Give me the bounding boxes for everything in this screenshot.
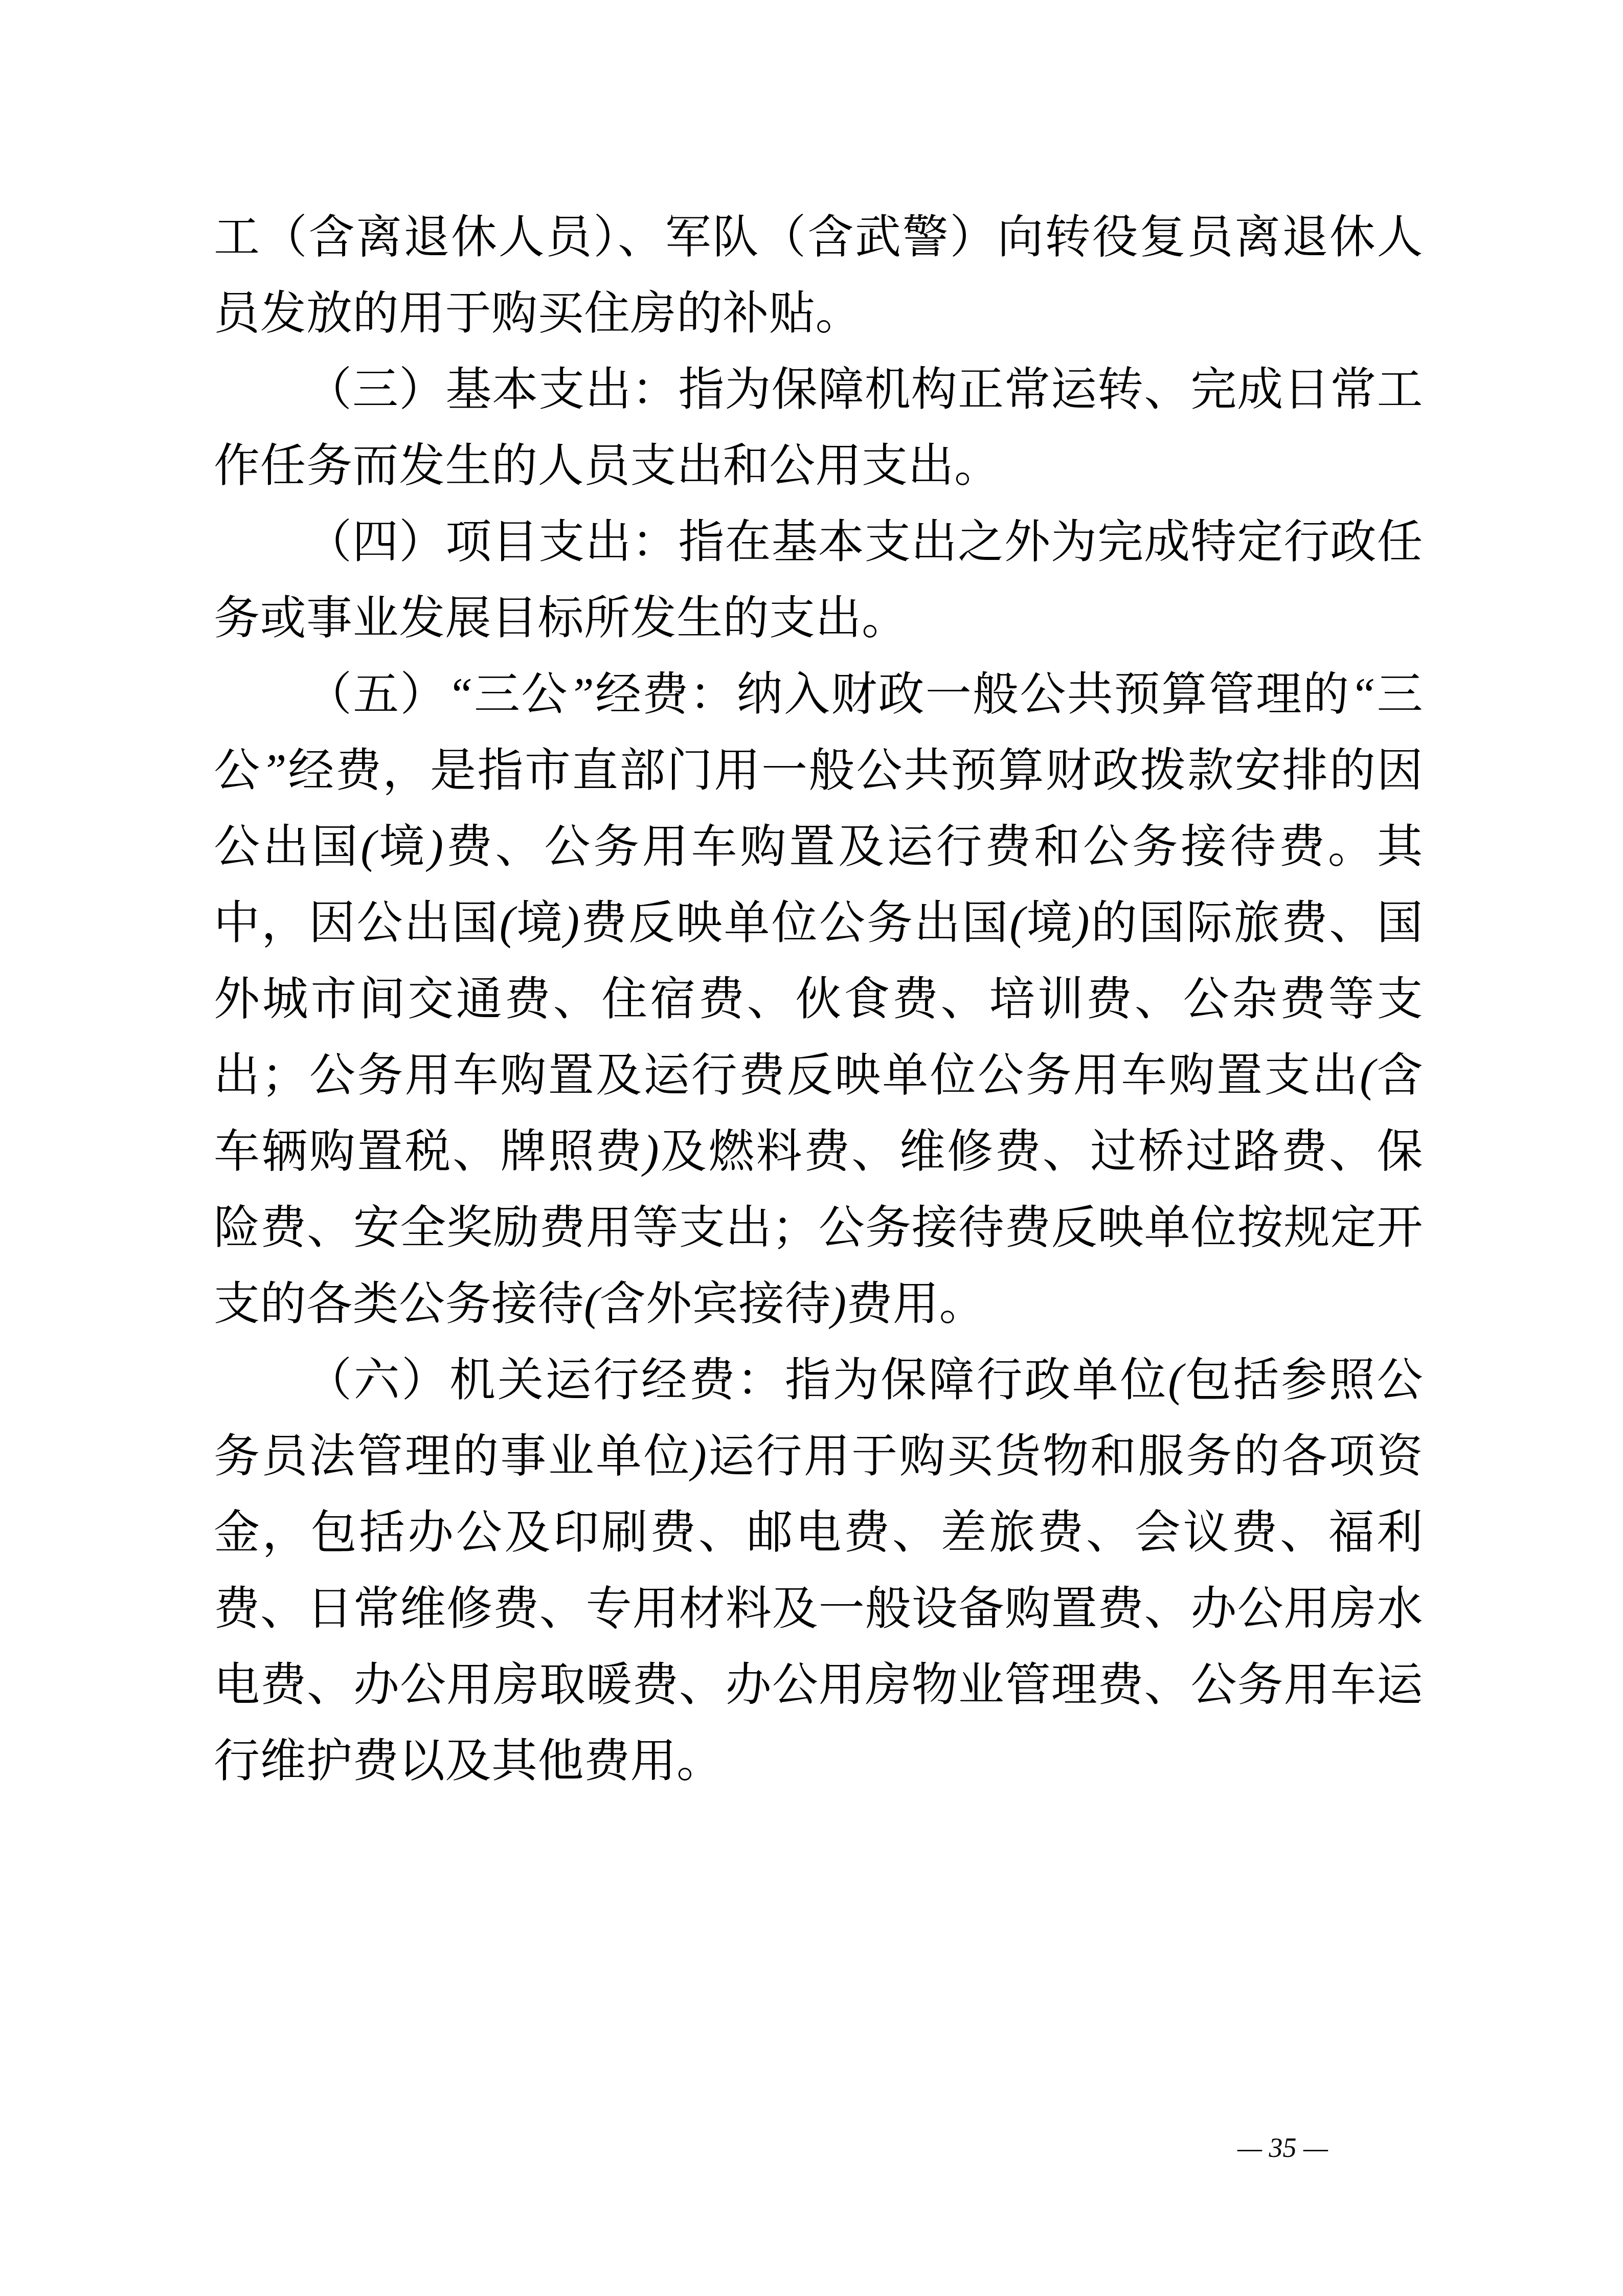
document-page: 工（含离退休人员）、军队（含武警）向转役复员离退休人员发放的用于购买住房的补贴。… <box>0 0 1623 2296</box>
paragraph-agency-operating-funds: （六）机关运行经费：指为保障行政单位(包括参照公务员法管理的事业单位)运行用于购… <box>214 1342 1423 1799</box>
page-number: — 35 — <box>1237 2127 1328 2168</box>
paragraph-three-public-funds: （五）“三公”经费：纳入财政一般公共预算管理的“三公”经费，是指市直部门用一般公… <box>214 657 1423 1342</box>
document-body-text: 工（含离退休人员）、军队（含武警）向转役复员离退休人员发放的用于购买住房的补贴。… <box>214 199 1423 1799</box>
paragraph-housing-subsidy-continuation: 工（含离退休人员）、军队（含武警）向转役复员离退休人员发放的用于购买住房的补贴。 <box>214 199 1423 352</box>
paragraph-basic-expenditure: （三）基本支出：指为保障机构正常运转、完成日常工作任务而发生的人员支出和公用支出… <box>214 352 1423 504</box>
paragraph-project-expenditure: （四）项目支出：指在基本支出之外为完成特定行政任务或事业发展目标所发生的支出。 <box>214 504 1423 657</box>
